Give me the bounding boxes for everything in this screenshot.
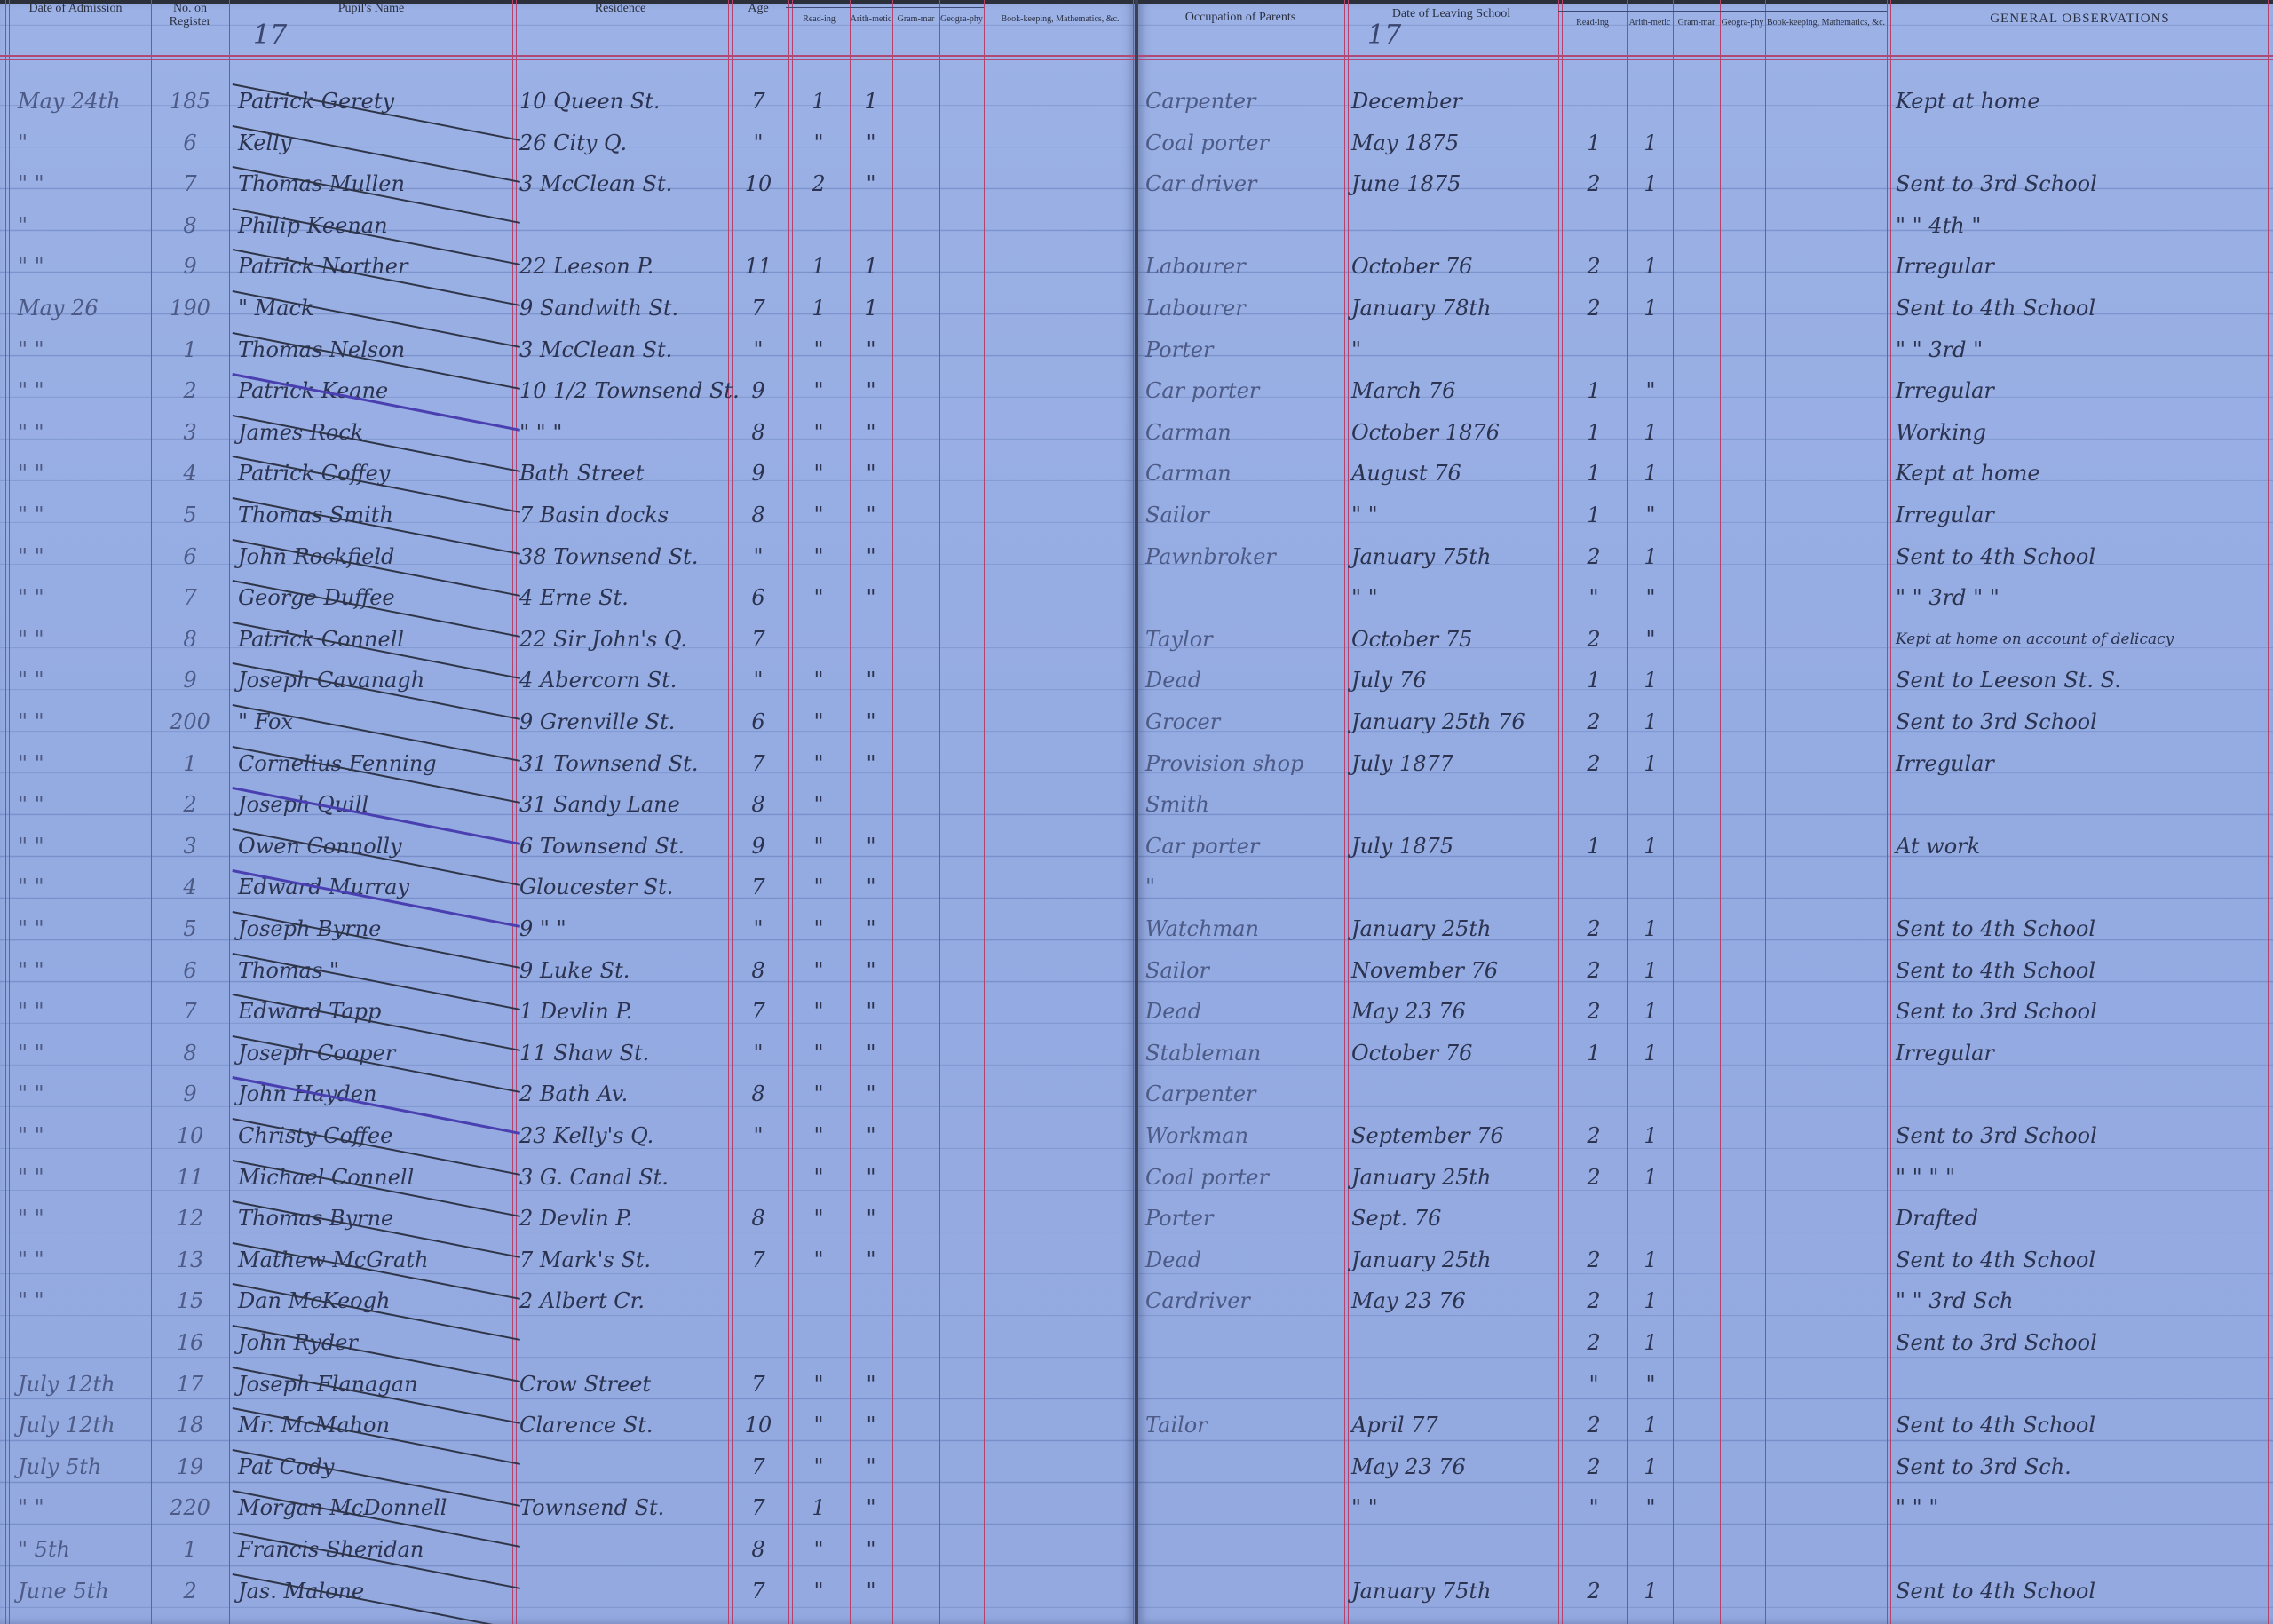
column-rule: [2268, 0, 2269, 1624]
reading-class-cell: ": [792, 709, 845, 734]
header-general-observations: GENERAL OBSERVATIONS: [1887, 12, 2273, 26]
reading-class-cell: ": [792, 1413, 845, 1438]
date-of-admission-cell: " ": [18, 792, 142, 817]
parent-occupation-cell: Porter: [1145, 1206, 1344, 1231]
date-of-admission-cell: " ": [18, 709, 142, 734]
register-number-cell: 7: [158, 999, 222, 1024]
book-gutter: [1135, 0, 1138, 1624]
register-number-cell: 19: [158, 1454, 222, 1479]
register-number-cell: 8: [158, 1041, 222, 1066]
residence-cell: Gloucester St.: [519, 875, 728, 899]
date-of-admission-cell: " ": [18, 254, 142, 279]
date-of-admission-cell: " ": [18, 544, 142, 569]
leaving-reading-cell: 2: [1563, 1413, 1625, 1438]
leaving-reading-cell: 1: [1563, 503, 1625, 527]
general-observation-cell: Sent to 3rd School: [1896, 1330, 2269, 1355]
arithmetic-class-cell: ": [852, 668, 890, 693]
parent-occupation-cell: Dead: [1145, 999, 1344, 1024]
register-number-cell: 2: [158, 378, 222, 403]
age-cell: 7: [733, 1248, 783, 1272]
column-rule: [984, 0, 985, 1624]
header-arithmetic: Arith-metic: [850, 14, 892, 24]
leaving-arithmetic-cell: 1: [1630, 834, 1671, 859]
leaving-arithmetic-cell: 1: [1630, 1413, 1671, 1438]
header-leaving-arithmetic: Arith-metic: [1627, 18, 1673, 28]
reading-class-cell: 1: [792, 296, 845, 321]
date-of-admission-cell: " ": [18, 1123, 142, 1148]
age-cell: 7: [733, 1579, 783, 1604]
residence-cell: 10 Queen St.: [519, 89, 728, 114]
age-cell: ": [733, 544, 783, 569]
register-number-cell: 11: [158, 1165, 222, 1190]
header-leaving-grammar: Gram-mar: [1673, 18, 1720, 28]
leaving-arithmetic-cell: ": [1630, 585, 1671, 610]
date-of-admission-cell: " ": [18, 1041, 142, 1066]
parent-occupation-cell: Carman: [1145, 420, 1344, 445]
leaving-arithmetic-cell: 1: [1630, 1248, 1671, 1272]
residence-cell: " " ": [519, 420, 728, 445]
arithmetic-class-cell: ": [852, 1041, 890, 1066]
date-of-admission-cell: " ": [18, 627, 142, 652]
parent-occupation-cell: Car porter: [1145, 378, 1344, 403]
age-cell: 8: [733, 792, 783, 817]
age-cell: 7: [733, 1454, 783, 1479]
reading-class-cell: ": [792, 834, 845, 859]
leaving-reading-cell: ": [1563, 1372, 1625, 1397]
date-of-admission-cell: " ": [18, 751, 142, 776]
date-of-leaving-cell: January 25th: [1351, 916, 1557, 941]
leaving-arithmetic-cell: 1: [1630, 1454, 1671, 1479]
leaving-reading-cell: 2: [1563, 1330, 1625, 1355]
parent-occupation-cell: Carpenter: [1145, 1081, 1344, 1106]
arithmetic-class-cell: ": [852, 420, 890, 445]
arithmetic-class-cell: ": [852, 461, 890, 486]
date-of-admission-cell: " ": [18, 1081, 142, 1106]
column-rule: [1673, 0, 1674, 1624]
leaving-arithmetic-cell: 1: [1630, 709, 1671, 734]
age-cell: 8: [733, 1537, 783, 1562]
arithmetic-class-cell: ": [852, 709, 890, 734]
header-leaving-geography: Geogra-phy: [1720, 18, 1765, 28]
residence-cell: 9 Sandwith St.: [519, 296, 728, 321]
leaving-arithmetic-cell: ": [1630, 1372, 1671, 1397]
date-of-leaving-cell: September 76: [1351, 1123, 1557, 1148]
date-of-leaving-cell: October 76: [1351, 1041, 1557, 1066]
age-cell: ": [733, 131, 783, 155]
column-rule: [939, 0, 940, 1624]
general-observation-cell: Working: [1896, 420, 2269, 445]
register-number-cell: 9: [158, 1081, 222, 1106]
general-observation-cell: " " " ": [1896, 1165, 2269, 1190]
register-number-cell: 6: [158, 131, 222, 155]
date-of-leaving-cell: " ": [1351, 1495, 1557, 1520]
register-number-cell: 200: [158, 709, 222, 734]
residence-cell: 7 Basin docks: [519, 503, 728, 527]
general-observation-cell: Sent to 3rd School: [1896, 1123, 2269, 1148]
parent-occupation-cell: Labourer: [1145, 254, 1344, 279]
reading-class-cell: ": [792, 1372, 845, 1397]
reading-class-cell: 2: [792, 171, 845, 196]
reading-class-cell: ": [792, 1537, 845, 1562]
reading-class-cell: ": [792, 1123, 845, 1148]
date-of-leaving-cell: January 75th: [1351, 544, 1557, 569]
date-of-leaving-cell: April 77: [1351, 1413, 1557, 1438]
age-cell: 8: [733, 420, 783, 445]
header-leaving-bookkeeping: Book-keeping, Mathematics, &c.: [1765, 18, 1887, 28]
age-cell: 6: [733, 709, 783, 734]
residence-cell: 31 Sandy Lane: [519, 792, 728, 817]
reading-class-cell: 1: [792, 1495, 845, 1520]
leaving-arithmetic-cell: 1: [1630, 1288, 1671, 1313]
residence-cell: 31 Townsend St.: [519, 751, 728, 776]
reading-class-cell: ": [792, 958, 845, 983]
column-rule: [728, 0, 733, 1624]
general-observation-cell: Kept at home: [1896, 89, 2269, 114]
column-rule: [1133, 0, 1134, 1624]
register-number-cell: 16: [158, 1330, 222, 1355]
parent-occupation-cell: Porter: [1145, 337, 1344, 362]
date-of-admission-cell: " ": [18, 916, 142, 941]
arithmetic-class-cell: ": [852, 1372, 890, 1397]
date-of-leaving-cell: June 1875: [1351, 171, 1557, 196]
leaving-reading-cell: 2: [1563, 171, 1625, 196]
arithmetic-class-cell: ": [852, 131, 890, 155]
reading-class-cell: ": [792, 461, 845, 486]
leaving-reading-cell: ": [1563, 585, 1625, 610]
arithmetic-class-cell: 1: [852, 89, 890, 114]
date-of-leaving-cell: November 76: [1351, 958, 1557, 983]
date-of-leaving-cell: January 25th: [1351, 1248, 1557, 1272]
general-observation-cell: Sent to 4th School: [1896, 296, 2269, 321]
arithmetic-class-cell: ": [852, 1454, 890, 1479]
general-observation-cell: Irregular: [1896, 503, 2269, 527]
age-cell: 9: [733, 834, 783, 859]
general-observation-cell: Irregular: [1896, 254, 2269, 279]
general-observation-cell: Sent to 3rd School: [1896, 171, 2269, 196]
date-of-leaving-cell: December: [1351, 89, 1557, 114]
age-cell: 7: [733, 751, 783, 776]
header-bookkeeping: Book-keeping, Mathematics, &c.: [984, 14, 1136, 24]
register-number-cell: 1: [158, 751, 222, 776]
leaving-arithmetic-cell: 1: [1630, 916, 1671, 941]
register-number-cell: 9: [158, 668, 222, 693]
register-number-cell: 15: [158, 1288, 222, 1313]
leaving-reading-cell: 2: [1563, 1165, 1625, 1190]
leaving-arithmetic-cell: 1: [1630, 420, 1671, 445]
age-cell: 7: [733, 1495, 783, 1520]
date-of-admission-cell: " ": [18, 503, 142, 527]
general-observation-cell: Sent to 4th School: [1896, 1248, 2269, 1272]
reading-class-cell: ": [792, 1081, 845, 1106]
arithmetic-class-cell: ": [852, 1165, 890, 1190]
date-of-admission-cell: July 12th: [18, 1372, 142, 1397]
age-cell: 9: [733, 461, 783, 486]
register-number-cell: 1: [158, 1537, 222, 1562]
parent-occupation-cell: Sailor: [1145, 503, 1344, 527]
parent-occupation-cell: Car driver: [1145, 171, 1344, 196]
arithmetic-class-cell: ": [852, 1413, 890, 1438]
residence-cell: Bath Street: [519, 461, 728, 486]
reading-class-cell: ": [792, 916, 845, 941]
reading-class-cell: ": [792, 668, 845, 693]
subject-subheader-rule-right: [1558, 11, 1887, 12]
reading-class-cell: ": [792, 544, 845, 569]
register-number-cell: 4: [158, 875, 222, 899]
date-of-admission-cell: " ": [18, 378, 142, 403]
residence-cell: 9 Luke St.: [519, 958, 728, 983]
date-of-admission-cell: " ": [18, 171, 142, 196]
age-cell: ": [733, 916, 783, 941]
leaving-reading-cell: 2: [1563, 1123, 1625, 1148]
date-of-admission-cell: " ": [18, 834, 142, 859]
register-number-cell: 6: [158, 958, 222, 983]
column-rule: [1344, 0, 1349, 1624]
parent-occupation-cell: Tailor: [1145, 1413, 1344, 1438]
leaving-reading-cell: 2: [1563, 751, 1625, 776]
age-cell: 8: [733, 1206, 783, 1231]
header-grammar: Gram-mar: [892, 14, 939, 24]
residence-cell: 4 Abercorn St.: [519, 668, 728, 693]
register-number-cell: 8: [158, 213, 222, 238]
reading-class-cell: ": [792, 875, 845, 899]
leaving-reading-cell: 2: [1563, 958, 1625, 983]
column-rule: [1627, 0, 1628, 1624]
arithmetic-class-cell: ": [852, 544, 890, 569]
arithmetic-class-cell: ": [852, 171, 890, 196]
residence-cell: 26 City Q.: [519, 131, 728, 155]
arithmetic-class-cell: ": [852, 1248, 890, 1272]
leaving-reading-cell: 1: [1563, 131, 1625, 155]
column-rule: [1720, 0, 1721, 1624]
leaving-arithmetic-cell: 1: [1630, 296, 1671, 321]
date-of-admission-cell: " ": [18, 1288, 142, 1313]
residence-cell: 9 Grenville St.: [519, 709, 728, 734]
left-page-number: 17: [253, 20, 287, 51]
residence-cell: 9 " ": [519, 916, 728, 941]
general-observation-cell: Irregular: [1896, 378, 2269, 403]
date-of-leaving-cell: May 23 76: [1351, 1288, 1557, 1313]
leaving-arithmetic-cell: 1: [1630, 254, 1671, 279]
arithmetic-class-cell: ": [852, 378, 890, 403]
register-number-cell: 13: [158, 1248, 222, 1272]
register-number-cell: 3: [158, 420, 222, 445]
reading-class-cell: ": [792, 131, 845, 155]
reading-class-cell: ": [792, 1206, 845, 1231]
age-cell: ": [733, 1041, 783, 1066]
date-of-leaving-cell: " ": [1351, 585, 1557, 610]
date-of-admission-cell: " 5th: [18, 1537, 142, 1562]
leaving-reading-cell: 2: [1563, 709, 1625, 734]
leaving-arithmetic-cell: 1: [1630, 461, 1671, 486]
date-of-leaving-cell: August 76: [1351, 461, 1557, 486]
register-number-cell: 2: [158, 1579, 222, 1604]
residence-cell: 10 1/2 Townsend St.: [519, 378, 728, 403]
general-observation-cell: Sent to 3rd Sch.: [1896, 1454, 2269, 1479]
register-number-cell: 18: [158, 1413, 222, 1438]
reading-class-cell: ": [792, 751, 845, 776]
parent-occupation-cell: Stableman: [1145, 1041, 1344, 1066]
date-of-admission-cell: " ": [18, 337, 142, 362]
age-cell: 8: [733, 1081, 783, 1106]
general-observation-cell: Sent to 4th School: [1896, 958, 2269, 983]
register-number-cell: 3: [158, 834, 222, 859]
general-observation-cell: Sent to 3rd School: [1896, 999, 2269, 1024]
parent-occupation-cell: Sailor: [1145, 958, 1344, 983]
date-of-leaving-cell: May 1875: [1351, 131, 1557, 155]
leaving-arithmetic-cell: ": [1630, 503, 1671, 527]
register-number-cell: 190: [158, 296, 222, 321]
leaving-arithmetic-cell: 1: [1630, 958, 1671, 983]
leaving-reading-cell: 2: [1563, 627, 1625, 652]
residence-cell: 3 McClean St.: [519, 337, 728, 362]
header-no-on-register: No. on Register: [151, 2, 229, 28]
date-of-leaving-cell: January 25th 76: [1351, 709, 1557, 734]
leaving-reading-cell: 2: [1563, 916, 1625, 941]
arithmetic-class-cell: 1: [852, 296, 890, 321]
header-residence: Residence: [512, 2, 728, 15]
general-observation-cell: " " ": [1896, 1495, 2269, 1520]
column-rule: [229, 0, 230, 1624]
age-cell: 10: [733, 1413, 783, 1438]
date-of-admission-cell: " ": [18, 420, 142, 445]
date-of-leaving-cell: July 1875: [1351, 834, 1557, 859]
parent-occupation-cell: Labourer: [1145, 296, 1344, 321]
general-observation-cell: Kept at home on account of delicacy: [1896, 627, 2269, 652]
arithmetic-class-cell: ": [852, 875, 890, 899]
residence-cell: Clarence St.: [519, 1413, 728, 1438]
residence-cell: Crow Street: [519, 1372, 728, 1397]
register-number-cell: 12: [158, 1206, 222, 1231]
leaving-arithmetic-cell: ": [1630, 378, 1671, 403]
leaving-reading-cell: 1: [1563, 834, 1625, 859]
arithmetic-class-cell: ": [852, 1579, 890, 1604]
arithmetic-class-cell: ": [852, 1537, 890, 1562]
parent-occupation-cell: Watchman: [1145, 916, 1344, 941]
column-rule: [1887, 0, 1891, 1624]
leaving-arithmetic-cell: 1: [1630, 131, 1671, 155]
reading-class-cell: 1: [792, 254, 845, 279]
leaving-reading-cell: 2: [1563, 1579, 1625, 1604]
arithmetic-class-cell: ": [852, 916, 890, 941]
general-observation-cell: Sent to 4th School: [1896, 1413, 2269, 1438]
date-of-leaving-cell: July 1877: [1351, 751, 1557, 776]
leaving-reading-cell: 2: [1563, 1288, 1625, 1313]
date-of-admission-cell: May 24th: [18, 89, 142, 114]
leaving-arithmetic-cell: 1: [1630, 1330, 1671, 1355]
general-observation-cell: Sent to 4th School: [1896, 1579, 2269, 1604]
reading-class-cell: ": [792, 792, 845, 817]
general-observation-cell: " " 4th ": [1896, 213, 2269, 238]
reading-class-cell: ": [792, 1041, 845, 1066]
residence-cell: 7 Mark's St.: [519, 1248, 728, 1272]
leaving-reading-cell: 2: [1563, 296, 1625, 321]
arithmetic-class-cell: ": [852, 1206, 890, 1231]
date-of-admission-cell: ": [18, 131, 142, 155]
register-number-cell: 5: [158, 916, 222, 941]
date-of-leaving-cell: July 76: [1351, 668, 1557, 693]
age-cell: 9: [733, 378, 783, 403]
leaving-reading-cell: 2: [1563, 254, 1625, 279]
arithmetic-class-cell: ": [852, 751, 890, 776]
column-rule: [1765, 0, 1766, 1624]
arithmetic-class-cell: ": [852, 834, 890, 859]
date-of-leaving-cell: January 78th: [1351, 296, 1557, 321]
date-of-admission-cell: May 26: [18, 296, 142, 321]
parent-occupation-cell: Dead: [1145, 1248, 1344, 1272]
reading-class-cell: ": [792, 1165, 845, 1190]
reading-class-cell: ": [792, 1579, 845, 1604]
reading-class-cell: ": [792, 503, 845, 527]
header-geography: Geogra-phy: [939, 14, 984, 24]
age-cell: 7: [733, 296, 783, 321]
age-cell: 7: [733, 1372, 783, 1397]
date-of-leaving-cell: October 76: [1351, 254, 1557, 279]
date-of-leaving-cell: May 23 76: [1351, 1454, 1557, 1479]
register-number-cell: 220: [158, 1495, 222, 1520]
residence-cell: 4 Erne St.: [519, 585, 728, 610]
parent-occupation-cell: Coal porter: [1145, 1165, 1344, 1190]
register-number-cell: 7: [158, 171, 222, 196]
leaving-reading-cell: 1: [1563, 461, 1625, 486]
register-number-cell: 17: [158, 1372, 222, 1397]
reading-class-cell: ": [792, 999, 845, 1024]
register-number-cell: 4: [158, 461, 222, 486]
leaving-arithmetic-cell: ": [1630, 1495, 1671, 1520]
general-observation-cell: " " 3rd ": [1896, 337, 2269, 362]
register-number-cell: 7: [158, 585, 222, 610]
residence-cell: Townsend St.: [519, 1495, 728, 1520]
register-number-cell: 5: [158, 503, 222, 527]
register-number-cell: 9: [158, 254, 222, 279]
date-of-admission-cell: July 12th: [18, 1413, 142, 1438]
age-cell: 11: [733, 254, 783, 279]
age-cell: 6: [733, 585, 783, 610]
reading-class-cell: ": [792, 378, 845, 403]
residence-cell: 11 Shaw St.: [519, 1041, 728, 1066]
age-cell: 8: [733, 503, 783, 527]
residence-cell: 22 Sir John's Q.: [519, 627, 728, 652]
age-cell: 7: [733, 999, 783, 1024]
general-observation-cell: Irregular: [1896, 751, 2269, 776]
leaving-arithmetic-cell: 1: [1630, 1579, 1671, 1604]
date-of-admission-cell: " ": [18, 1206, 142, 1231]
header-leaving-reading: Read-ing: [1558, 18, 1627, 28]
arithmetic-class-cell: ": [852, 337, 890, 362]
arithmetic-class-cell: ": [852, 1495, 890, 1520]
age-cell: ": [733, 668, 783, 693]
residence-cell: 38 Townsend St.: [519, 544, 728, 569]
leaving-reading-cell: 2: [1563, 1454, 1625, 1479]
date-of-admission-cell: " ": [18, 958, 142, 983]
parent-occupation-cell: Car porter: [1145, 834, 1344, 859]
arithmetic-class-cell: ": [852, 958, 890, 983]
leaving-reading-cell: 1: [1563, 378, 1625, 403]
leaving-arithmetic-cell: 1: [1630, 999, 1671, 1024]
residence-cell: 6 Townsend St.: [519, 834, 728, 859]
general-observation-cell: Sent to 4th School: [1896, 544, 2269, 569]
date-of-leaving-cell: May 23 76: [1351, 999, 1557, 1024]
date-of-admission-cell: June 5th: [18, 1579, 142, 1604]
reading-class-cell: ": [792, 420, 845, 445]
reading-class-cell: ": [792, 585, 845, 610]
residence-cell: 3 McClean St.: [519, 171, 728, 196]
arithmetic-class-cell: ": [852, 503, 890, 527]
header-age: Age: [728, 2, 788, 15]
column-rule: [892, 0, 893, 1624]
leaving-arithmetic-cell: 1: [1630, 668, 1671, 693]
residence-cell: 22 Leeson P.: [519, 254, 728, 279]
arithmetic-class-cell: ": [852, 1123, 890, 1148]
